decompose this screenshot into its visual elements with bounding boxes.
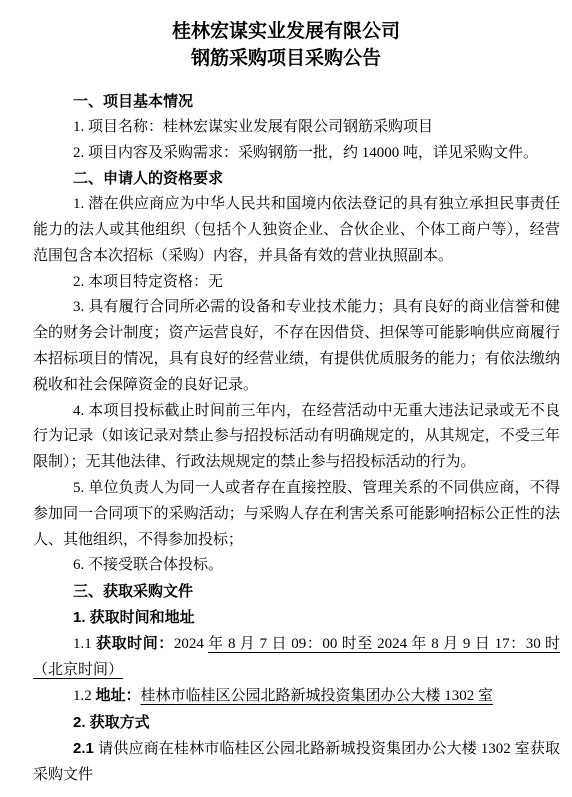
section-3-heading: 三、获取采购文件 [33, 579, 560, 605]
text-run: 1. 潜在供应商应为中华人民共和国境内依法登记的具有独立承担民事责任能力的法人或… [33, 196, 560, 264]
text-run: 桂林市临桂区公园北路新城投资集团办公大楼 1302 室 [141, 688, 494, 704]
subheading-obtain-time-address: 1. 获取时间和地址 [33, 605, 560, 631]
text-run: 2024 [174, 636, 208, 652]
text-run: 1. 项目名称：桂林宏谋实业发展有限公司钢筋采购项目 [73, 119, 433, 135]
item-project-content: 2. 项目内容及采购需求：采购钢筋一批，约 14000 吨，详见采购文件。 [33, 141, 560, 167]
doc-title-company: 桂林宏谋实业发展有限公司 [0, 18, 572, 45]
item-project-name: 1. 项目名称：桂林宏谋实业发展有限公司钢筋采购项目 [33, 115, 560, 141]
document-page: 桂林宏谋实业发展有限公司 钢筋采购项目采购公告 一、项目基本情况1. 项目名称：… [0, 0, 572, 797]
qualification-1: 1. 潜在供应商应为中华人民共和国境内依法登记的具有独立承担民事责任能力的法人或… [33, 192, 560, 269]
qualification-6: 6. 不接受联合体投标。 [33, 553, 560, 579]
section-2-heading: 二、申请人的资格要求 [33, 166, 560, 192]
text-run: 请供应商在桂林市临桂区公园北路新城投资集团办公大楼 1302 室获取采购文件 [33, 741, 560, 783]
subheading-obtain-method: 2. 获取方式 [33, 710, 560, 736]
text-run: 4. 本项目投标截止时间前三年内，在经营活动中无重大违法记录或无不良行为记录（如… [33, 403, 560, 471]
item-obtain-address: 1.2 地址：桂林市临桂区公园北路新城投资集团办公大楼 1302 室 [33, 683, 560, 710]
text-run: 1.2 [73, 688, 96, 704]
text-run: 2.1 [73, 740, 98, 757]
text-run: 2. 本项目特定资格：无 [73, 274, 223, 290]
item-obtain-method: 2.1 请供应商在桂林市临桂区公园北路新城投资集团办公大楼 1302 室获取采购… [33, 736, 560, 789]
qualification-5: 5. 单位负责人为同一人或者存在直接控股、管理关系的不同供应商，不得参加同一合同… [33, 476, 560, 553]
document-body: 一、项目基本情况1. 项目名称：桂林宏谋实业发展有限公司钢筋采购项目2. 项目内… [33, 89, 560, 789]
text-run: 2. 获取方式 [73, 714, 150, 731]
item-obtain-time: 1.1 获取时间：2024 年 8 月 7 日 09：00 时至 2024 年 … [33, 631, 560, 684]
text-run: 二、申请人的资格要求 [73, 170, 223, 187]
section-1-heading: 一、项目基本情况 [33, 89, 560, 115]
document-title: 桂林宏谋实业发展有限公司 钢筋采购项目采购公告 [0, 18, 572, 72]
qualification-3: 3. 具有履行合同所必需的设备和专业技术能力；具有良好的商业信誉和健全的财务会计… [33, 295, 560, 398]
text-run: 1. 获取时间和地址 [73, 609, 195, 626]
text-run: 2. 项目内容及采购需求：采购钢筋一批，约 14000 吨，详见采购文件。 [73, 145, 538, 161]
text-run: 地址： [96, 687, 141, 704]
text-run: 6. 不接受联合体投标。 [73, 557, 223, 573]
qualification-2: 2. 本项目特定资格：无 [33, 270, 560, 296]
text-run: 3. 具有履行合同所必需的设备和专业技术能力；具有良好的商业信誉和健全的财务会计… [33, 299, 560, 392]
text-run: 一、项目基本情况 [73, 93, 193, 110]
text-run: 三、获取采购文件 [73, 583, 193, 600]
text-run: 1.1 [73, 636, 96, 652]
doc-title-subject: 钢筋采购项目采购公告 [0, 45, 572, 72]
qualification-4: 4. 本项目投标截止时间前三年内，在经营活动中无重大违法记录或无不良行为记录（如… [33, 399, 560, 476]
text-run: 获取时间： [96, 635, 174, 652]
text-run: 5. 单位负责人为同一人或者存在直接控股、管理关系的不同供应商，不得参加同一合同… [33, 480, 560, 548]
